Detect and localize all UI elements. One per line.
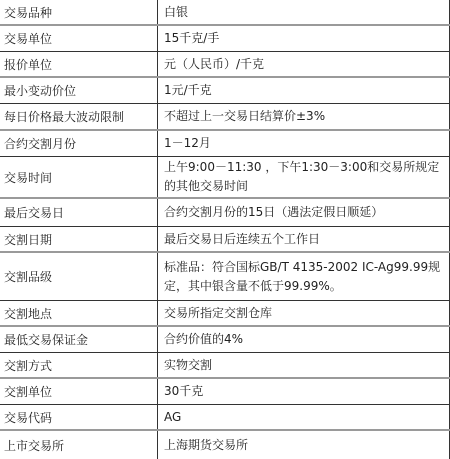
table-row: 交易单位 15千克/手 (0, 26, 450, 52)
row-value: 上海期货交易所 (158, 431, 450, 459)
row-label: 合约交割月份 (0, 131, 158, 156)
row-value: 交易所指定交割仓库 (158, 301, 450, 325)
table-row: 上市交易所 上海期货交易所 (0, 431, 450, 459)
row-label: 报价单位 (0, 52, 158, 76)
table-row: 交割地点 交易所指定交割仓库 (0, 301, 450, 327)
table-row: 交割日期 最后交易日后连续五个工作日 (0, 227, 450, 253)
row-label: 上市交易所 (0, 431, 158, 459)
row-value: 标准品：符合国标GB/T 4135-2002 IC-Ag99.99规定，其中银含… (158, 253, 450, 300)
row-label: 最后交易日 (0, 199, 158, 226)
row-label: 交易单位 (0, 26, 158, 51)
row-label: 交易品种 (0, 0, 158, 24)
row-value: 实物交割 (158, 353, 450, 377)
row-label: 交割单位 (0, 379, 158, 404)
row-value: 白银 (158, 0, 450, 24)
table-row: 最后交易日 合约交割月份的15日（遇法定假日顺延） (0, 199, 450, 227)
row-value: 30千克 (158, 379, 450, 404)
row-value: 元（人民币）/千克 (158, 52, 450, 76)
contract-spec-table: 交易品种 白银 交易单位 15千克/手 报价单位 元（人民币）/千克 最小变动价… (0, 0, 450, 459)
row-label: 交易时间 (0, 157, 158, 197)
row-value: 最后交易日后连续五个工作日 (158, 227, 450, 251)
row-value: 不超过上一交易日结算价±3% (158, 104, 450, 129)
row-value: 合约交割月份的15日（遇法定假日顺延） (158, 199, 450, 226)
row-label: 最小变动价位 (0, 78, 158, 103)
row-label: 交割方式 (0, 353, 158, 377)
table-row: 最低交易保证金 合约价值的4% (0, 327, 450, 353)
table-row: 交易品种 白银 (0, 0, 450, 26)
row-value: AG (158, 405, 450, 429)
table-row: 每日价格最大波动限制 不超过上一交易日结算价±3% (0, 104, 450, 131)
table-row: 交割品级 标准品：符合国标GB/T 4135-2002 IC-Ag99.99规定… (0, 253, 450, 301)
table-row: 交割方式 实物交割 (0, 353, 450, 379)
row-value: 1元/千克 (158, 78, 450, 103)
row-label: 每日价格最大波动限制 (0, 104, 158, 129)
row-value: 合约价值的4% (158, 327, 450, 352)
row-label: 交割地点 (0, 301, 158, 325)
row-label: 交割日期 (0, 227, 158, 251)
table-row: 交割单位 30千克 (0, 379, 450, 405)
row-value: 上午9:00－11:30 ，下午1:30－3:00和交易所规定的其他交易时间 (158, 157, 450, 197)
table-row: 最小变动价位 1元/千克 (0, 78, 450, 104)
table-row: 交易代码 AG (0, 405, 450, 431)
table-row: 报价单位 元（人民币）/千克 (0, 52, 450, 78)
row-label: 交易代码 (0, 405, 158, 429)
row-label: 交割品级 (0, 253, 158, 300)
row-value: 1－12月 (158, 131, 450, 156)
row-label: 最低交易保证金 (0, 327, 158, 352)
table-row: 合约交割月份 1－12月 (0, 131, 450, 157)
row-value: 15千克/手 (158, 26, 450, 51)
table-row: 交易时间 上午9:00－11:30 ，下午1:30－3:00和交易所规定的其他交… (0, 157, 450, 199)
